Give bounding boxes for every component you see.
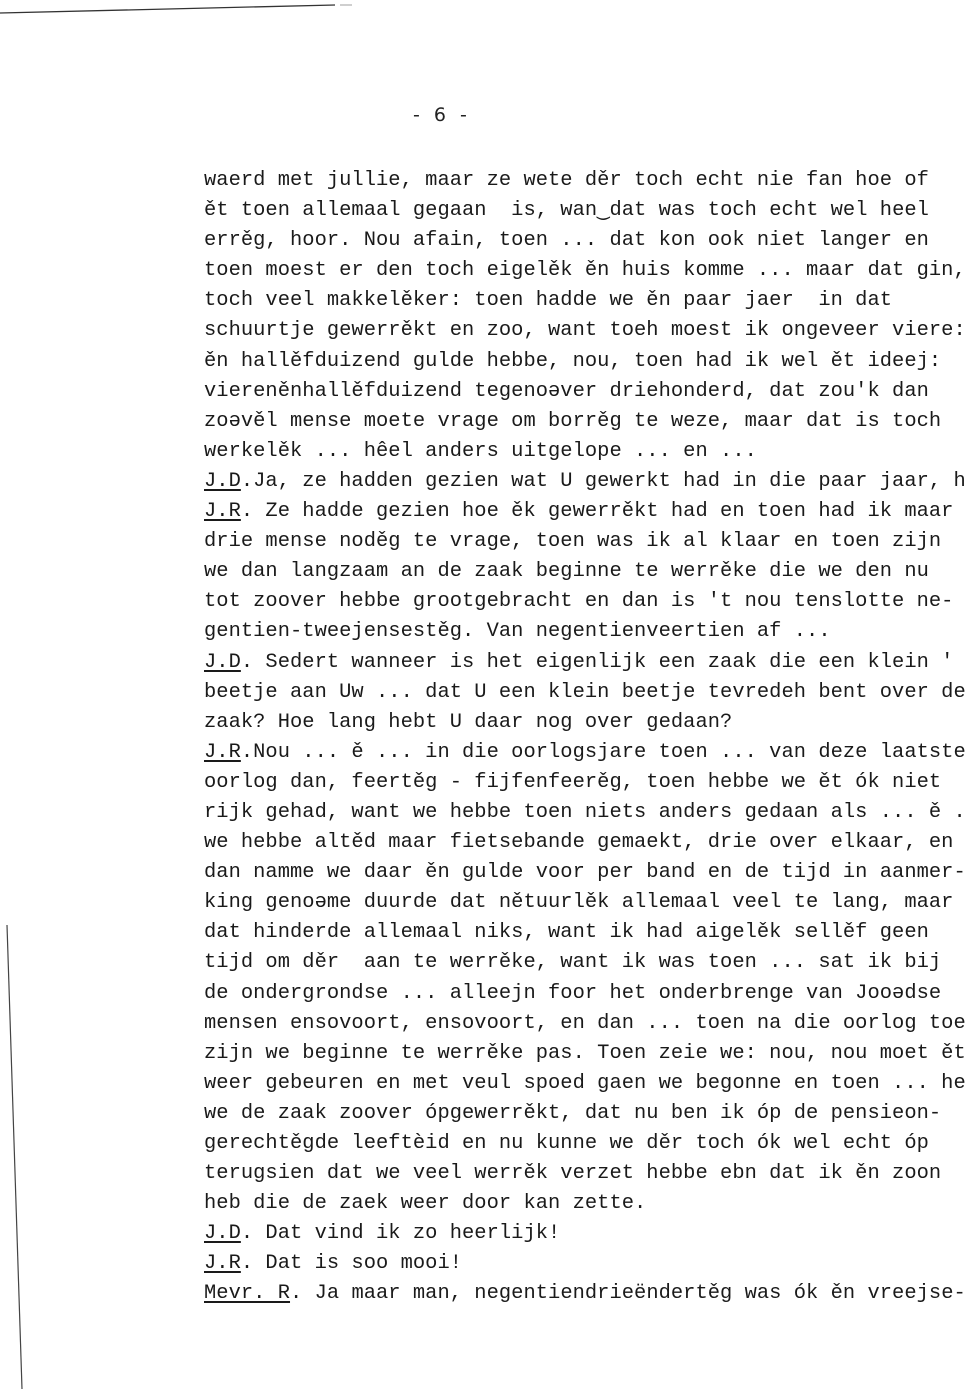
transcript-body: waerd met jullie, maar ze wete děr toch … (204, 166, 966, 1310)
transcript-line: king genoəme duurde dat nětuurlěk allema… (204, 888, 966, 918)
transcript-line: zoəvěl mense moete vrage om borrěg te we… (204, 407, 966, 437)
transcript-line: dat hinderde allemaal niks, want ik had … (204, 918, 966, 948)
speaker-label: Mevr. R (204, 1282, 290, 1305)
line-text: zaak? Hoe lang hebt U daar nog over geda… (204, 711, 732, 734)
line-text: heb die de zaek weer door kan zette. (204, 1192, 646, 1215)
line-text: dat hinderde allemaal niks, want ik had … (204, 921, 929, 944)
line-text: tot zoover hebbe grootgebracht en dan is… (204, 590, 953, 613)
speaker-label: J.R (204, 500, 241, 523)
line-text: . Dat is soo mooi! (241, 1252, 462, 1275)
top-margin-rule (0, 0, 360, 20)
transcript-line: terugsien dat we veel werrěk verzet hebb… (204, 1159, 966, 1189)
line-text: . Dat vind ik zo heerlijk! (241, 1222, 560, 1245)
line-text: de ondergrondse ... alleejn foor het ond… (204, 982, 941, 1005)
transcript-line: drie mense noděg te vrage, toen was ik a… (204, 527, 966, 557)
speaker-label: J.D (204, 470, 241, 493)
line-text: viereněnhallěfduizend tegenoəver driehon… (204, 380, 929, 403)
speaker-line: Mevr. R. Ja maar man, negentiendrieënder… (204, 1279, 966, 1309)
line-text: zijn we beginne te werrěke pas. Toen zei… (204, 1042, 966, 1065)
page-number: - 6 - (413, 104, 471, 126)
line-text: gentien-tweejensestěg. Van negentienveer… (204, 620, 831, 643)
line-text: terugsien dat we veel werrěk verzet hebb… (204, 1162, 941, 1185)
transcript-line: tijd om děr aan te werrěke, want ik was … (204, 948, 966, 978)
transcript-line: werkelěk ... hêel anders uitgelope ... e… (204, 437, 966, 467)
line-text: toch veel makkelěker: toen hadde we ěn p… (204, 289, 892, 312)
line-text: schuurtje gewerrěkt en zoo, want toeh mo… (204, 319, 966, 342)
speaker-line: J.D.Ja, ze hadden gezien wat U gewerkt h… (204, 467, 966, 497)
line-text: dan namme we daar ěn gulde voor per band… (204, 861, 966, 884)
line-text: rijk gehad, want we hebbe toen niets and… (204, 801, 966, 824)
line-text: oorlog dan, feertěg - fijfenfeerěg, toen… (204, 771, 941, 794)
speaker-label: J.D (204, 1222, 241, 1245)
line-text: we dan langzaam an de zaak beginne te we… (204, 560, 929, 583)
transcript-line: zijn we beginne te werrěke pas. Toen zei… (204, 1039, 966, 1069)
line-text: we hebbe altěd maar fietsebande gemaekt,… (204, 831, 953, 854)
transcript-line: de ondergrondse ... alleejn foor het ond… (204, 979, 966, 1009)
line-text: tijd om děr aan te werrěke, want ik was … (204, 951, 941, 974)
speaker-line: J.R. Ze hadde gezien hoe ěk gewerrěkt ha… (204, 497, 966, 527)
line-text: zoəvěl mense moete vrage om borrěg te we… (204, 410, 941, 433)
line-text: mensen ensovoort, ensovoort, en dan ... … (204, 1012, 966, 1035)
transcript-line: dan namme we daar ěn gulde voor per band… (204, 858, 966, 888)
line-text: king genoəme duurde dat nětuurlěk allema… (204, 891, 953, 914)
transcript-line: waerd met jullie, maar ze wete děr toch … (204, 166, 966, 196)
line-text: werkelěk ... hêel anders uitgelope ... e… (204, 440, 757, 463)
line-text: waerd met jullie, maar ze wete děr toch … (204, 169, 929, 192)
transcript-line: ěn hallěfduizend gulde hebbe, nou, toen … (204, 347, 966, 377)
line-text: . Sedert wanneer is het eigenlijk een za… (241, 651, 954, 674)
line-text: ět toen allemaal gegaan is, wan‿dat was … (204, 199, 929, 222)
transcript-line: toch veel makkelěker: toen hadde we ěn p… (204, 286, 966, 316)
line-text: . Ze hadde gezien hoe ěk gewerrěkt had e… (241, 500, 954, 523)
speaker-line: J.D. Sedert wanneer is het eigenlijk een… (204, 648, 966, 678)
left-margin-rule (0, 900, 40, 1389)
speaker-label: J.R (204, 741, 241, 764)
transcript-line: we dan langzaam an de zaak beginne te we… (204, 557, 966, 587)
transcript-line: we de zaak zoover ópgewerrěkt, dat nu be… (204, 1099, 966, 1129)
transcript-line: gerechtěgde leeftèid en nu kunne we děr … (204, 1129, 966, 1159)
line-text: ěn hallěfduizend gulde hebbe, nou, toen … (204, 350, 941, 373)
transcript-line: mensen ensovoort, ensovoort, en dan ... … (204, 1009, 966, 1039)
transcript-line: rijk gehad, want we hebbe toen niets and… (204, 798, 966, 828)
line-text: toen moest er den toch eigelěk ěn huis k… (204, 259, 966, 282)
transcript-line: heb die de zaek weer door kan zette. (204, 1189, 966, 1219)
line-text: .Ja, ze hadden gezien wat U gewerkt had … (241, 470, 966, 493)
line-text: we de zaak zoover ópgewerrěkt, dat nu be… (204, 1102, 941, 1125)
speaker-label: J.D (204, 651, 241, 674)
transcript-line: weer gebeuren en met veul spoed gaen we … (204, 1069, 966, 1099)
speaker-line: J.D. Dat vind ik zo heerlijk! (204, 1219, 966, 1249)
speaker-label: J.R (204, 1252, 241, 1275)
speaker-line: J.R.Nou ... ě ... in die oorlogsjare toe… (204, 738, 966, 768)
transcript-line: zaak? Hoe lang hebt U daar nog over geda… (204, 708, 966, 738)
transcript-line: errěg, hoor. Nou afain, toen ... dat kon… (204, 226, 966, 256)
transcript-line: ět toen allemaal gegaan is, wan‿dat was … (204, 196, 966, 226)
transcript-line: beetje aan Uw ... dat U een klein beetje… (204, 678, 966, 708)
transcript-line: schuurtje gewerrěkt en zoo, want toeh mo… (204, 316, 966, 346)
speaker-line: J.R. Dat is soo mooi! (204, 1249, 966, 1279)
line-text: beetje aan Uw ... dat U een klein beetje… (204, 681, 966, 704)
transcript-line: viereněnhallěfduizend tegenoəver driehon… (204, 377, 966, 407)
line-text: gerechtěgde leeftèid en nu kunne we děr … (204, 1132, 929, 1155)
transcript-line: tot zoover hebbe grootgebracht en dan is… (204, 587, 966, 617)
transcript-line: toen moest er den toch eigelěk ěn huis k… (204, 256, 966, 286)
line-text: .Nou ... ě ... in die oorlogsjare toen .… (241, 741, 966, 764)
line-text: . Ja maar man, negentiendrieëndertěg was… (290, 1282, 966, 1305)
line-text: errěg, hoor. Nou afain, toen ... dat kon… (204, 229, 929, 252)
transcript-line: gentien-tweejensestěg. Van negentienveer… (204, 617, 966, 647)
transcript-line: oorlog dan, feertěg - fijfenfeerěg, toen… (204, 768, 966, 798)
line-text: weer gebeuren en met veul spoed gaen we … (204, 1072, 966, 1095)
line-text: drie mense noděg te vrage, toen was ik a… (204, 530, 941, 553)
transcript-line: we hebbe altěd maar fietsebande gemaekt,… (204, 828, 966, 858)
